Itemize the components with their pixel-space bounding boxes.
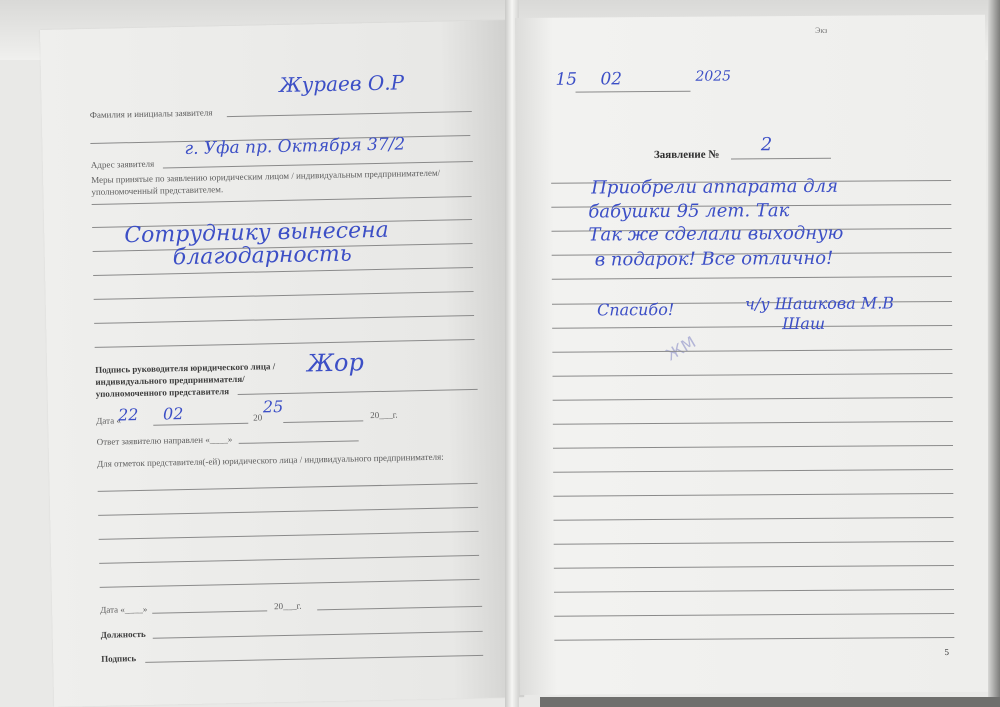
rule [93,267,473,276]
rule [553,397,953,401]
rule [553,469,953,473]
rule [552,325,952,329]
signature2-label: Подпись [101,653,136,664]
date-line [283,420,363,423]
rule [553,493,953,497]
statement-line: Так же сделали выходную [588,223,843,246]
corner-mark: Экз [815,26,827,35]
date-year-prefix: 20 [253,412,262,422]
signature-label-line2: индивидуального предпринимателя/ [95,374,245,387]
rule [99,555,479,564]
applicant-name-line [227,111,472,117]
statement-line: бабушки 95 лет. Так [588,200,789,222]
rule [554,637,954,641]
scan-bottom-edge [540,697,1000,707]
date2-label: Дата «____» [100,604,147,615]
rule [553,445,953,449]
applicant-name-label: Фамилия и инициалы заявителя [90,107,213,120]
rule [99,531,479,540]
date-year-suffix: 25 [263,397,284,416]
date-day: 15 [555,70,577,90]
date-line [576,91,691,93]
rule [92,196,472,205]
rule [98,507,478,516]
left-page: Жураев О.Р Фамилия и инициалы заявителя … [40,20,524,707]
rule [553,421,953,425]
statement-number: 2 [761,134,773,155]
thanks-text: Спасибо! [597,300,674,320]
rule [94,291,474,300]
signature-value: Жор [307,348,364,377]
rule [94,315,474,324]
rule [317,606,482,610]
date-line2: 20___г. [370,410,398,421]
rule [95,339,475,348]
rule [552,373,952,377]
notes-label: Для отметок представителя(-ей) юридическ… [97,452,444,469]
rule [552,349,952,353]
date2-year: 20___г. [274,601,302,612]
applicant-address-value: г. Уфа пр. Октября 37/2 [184,134,405,159]
rule [554,613,954,617]
signature-label-line1: Подпись руководителя юридического лица / [95,361,275,375]
applicant-address-label: Адрес заявителя [91,159,155,170]
measures-label-line1: Меры принятые по заявлению юридическим л… [91,168,440,185]
rule [554,565,954,569]
right-page: 15 02 2025 Заявление № 2 Приобрели аппар… [515,15,990,695]
signer-name: ч/у Шашкова М.В [745,293,894,313]
measures-label-line2: уполномоченный представителем. [91,184,223,197]
rule [554,541,954,545]
answer-sent-label: Ответ заявителю направлен «____» [97,434,233,447]
faint-stamp-mark: ЖМ [663,332,699,364]
statement-label: Заявление № [654,149,720,161]
signature-label-line3: уполномоченного представителя [96,386,230,399]
applicant-name-value: Жураев О.Р [279,70,404,97]
date-month: 02 [600,69,622,89]
page-number: 5 [944,647,949,657]
statement-line: Приобрели аппарата для [591,176,838,199]
position-line [153,631,483,639]
book-edge [988,0,1000,707]
rule [152,610,267,613]
rule [552,276,952,280]
date-year: 2025 [695,68,731,84]
statement-number-line [731,158,831,160]
signature-line [238,389,478,395]
rule [100,579,480,588]
signer-signature: Шаш [782,314,825,333]
measures-value-line2: благодарность [173,242,352,271]
signature2-line [145,655,483,663]
position-label: Должность [101,629,146,640]
date-day: 22 [118,405,139,424]
rule [239,440,359,444]
rule [98,483,478,492]
rule [554,517,954,521]
rule [554,589,954,593]
date-month: 02 [163,404,184,423]
statement-line: в подарок! Все отлично! [595,248,834,271]
